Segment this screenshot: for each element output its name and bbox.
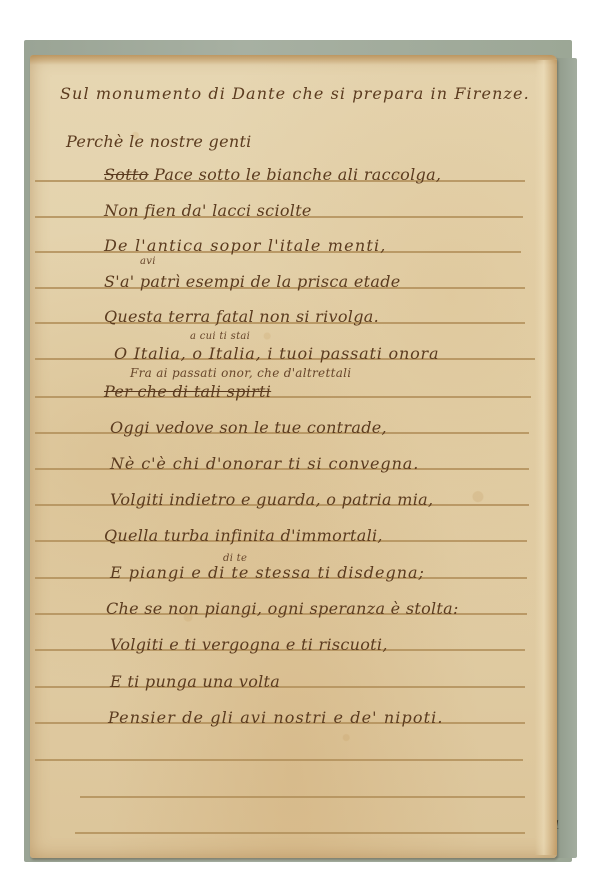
paper-torn-right-edge [535, 60, 557, 855]
verse-line-10: Nè c'è chi d'onorar ti si convegna. [110, 454, 419, 473]
interlinear-insertion: Fra ai passati onor, che d'altrettali [130, 366, 351, 380]
manuscript-title: Sul monumento di Dante che si prepara in… [60, 84, 540, 103]
insertion-text: Fra ai passati onor, [130, 366, 253, 380]
verse-line-1: Perchè le nostre genti [66, 132, 252, 151]
verse-line-16: E ti punga una volta [110, 672, 280, 691]
verse-line-2: Sotto Pace sotto le bianche ali raccolga… [104, 165, 441, 184]
verse-line-5: S'a' patrì esempi de la prisca etade [104, 272, 401, 291]
backing-sheet-edge [555, 58, 577, 858]
verse-line-4: De l'antica sopor l'itale menti, [104, 236, 387, 255]
interlinear-insertion: a cui ti stai [190, 331, 250, 342]
verse-line-17: Pensier de gli avi nostri e de' nipoti. [108, 708, 444, 727]
manuscript-photo: 1 Sul monumento di Dante che si prepara … [0, 0, 600, 888]
verse-line-12: Quella turba infinita d'immortali, [104, 526, 383, 545]
struck-word: Sotto [104, 165, 149, 184]
ruled-line [75, 832, 525, 834]
verse-line-3: Non fien da' lacci sciolte [104, 201, 312, 220]
verse-line-8-struck: Per che di tali spirti [104, 382, 271, 401]
verse-line-15: Volgiti e ti vergogna e ti riscuoti, [110, 635, 388, 654]
ruled-line [35, 759, 523, 761]
verse-text: Pace sotto le bianche ali raccolga, [154, 165, 441, 184]
interlinear-insertion: avi [140, 256, 156, 267]
verse-line-11: Volgiti indietro e guarda, o patria mia, [110, 490, 433, 509]
insertion-text: che d'altrettali [257, 366, 351, 380]
ruled-line [80, 796, 525, 798]
verse-line-7: O Italia, o Italia, i tuoi passati onora [114, 344, 439, 363]
verse-line-6: Questa terra fatal non si rivolga. [104, 307, 379, 326]
verse-line-13: E piangi e di te stessa ti disdegna; [110, 563, 425, 582]
verse-line-9: Oggi vedove son le tue contrade, [110, 418, 387, 437]
paper-top-edge [30, 55, 557, 65]
verse-line-14: Che se non piangi, ogni speranza è stolt… [106, 599, 459, 618]
